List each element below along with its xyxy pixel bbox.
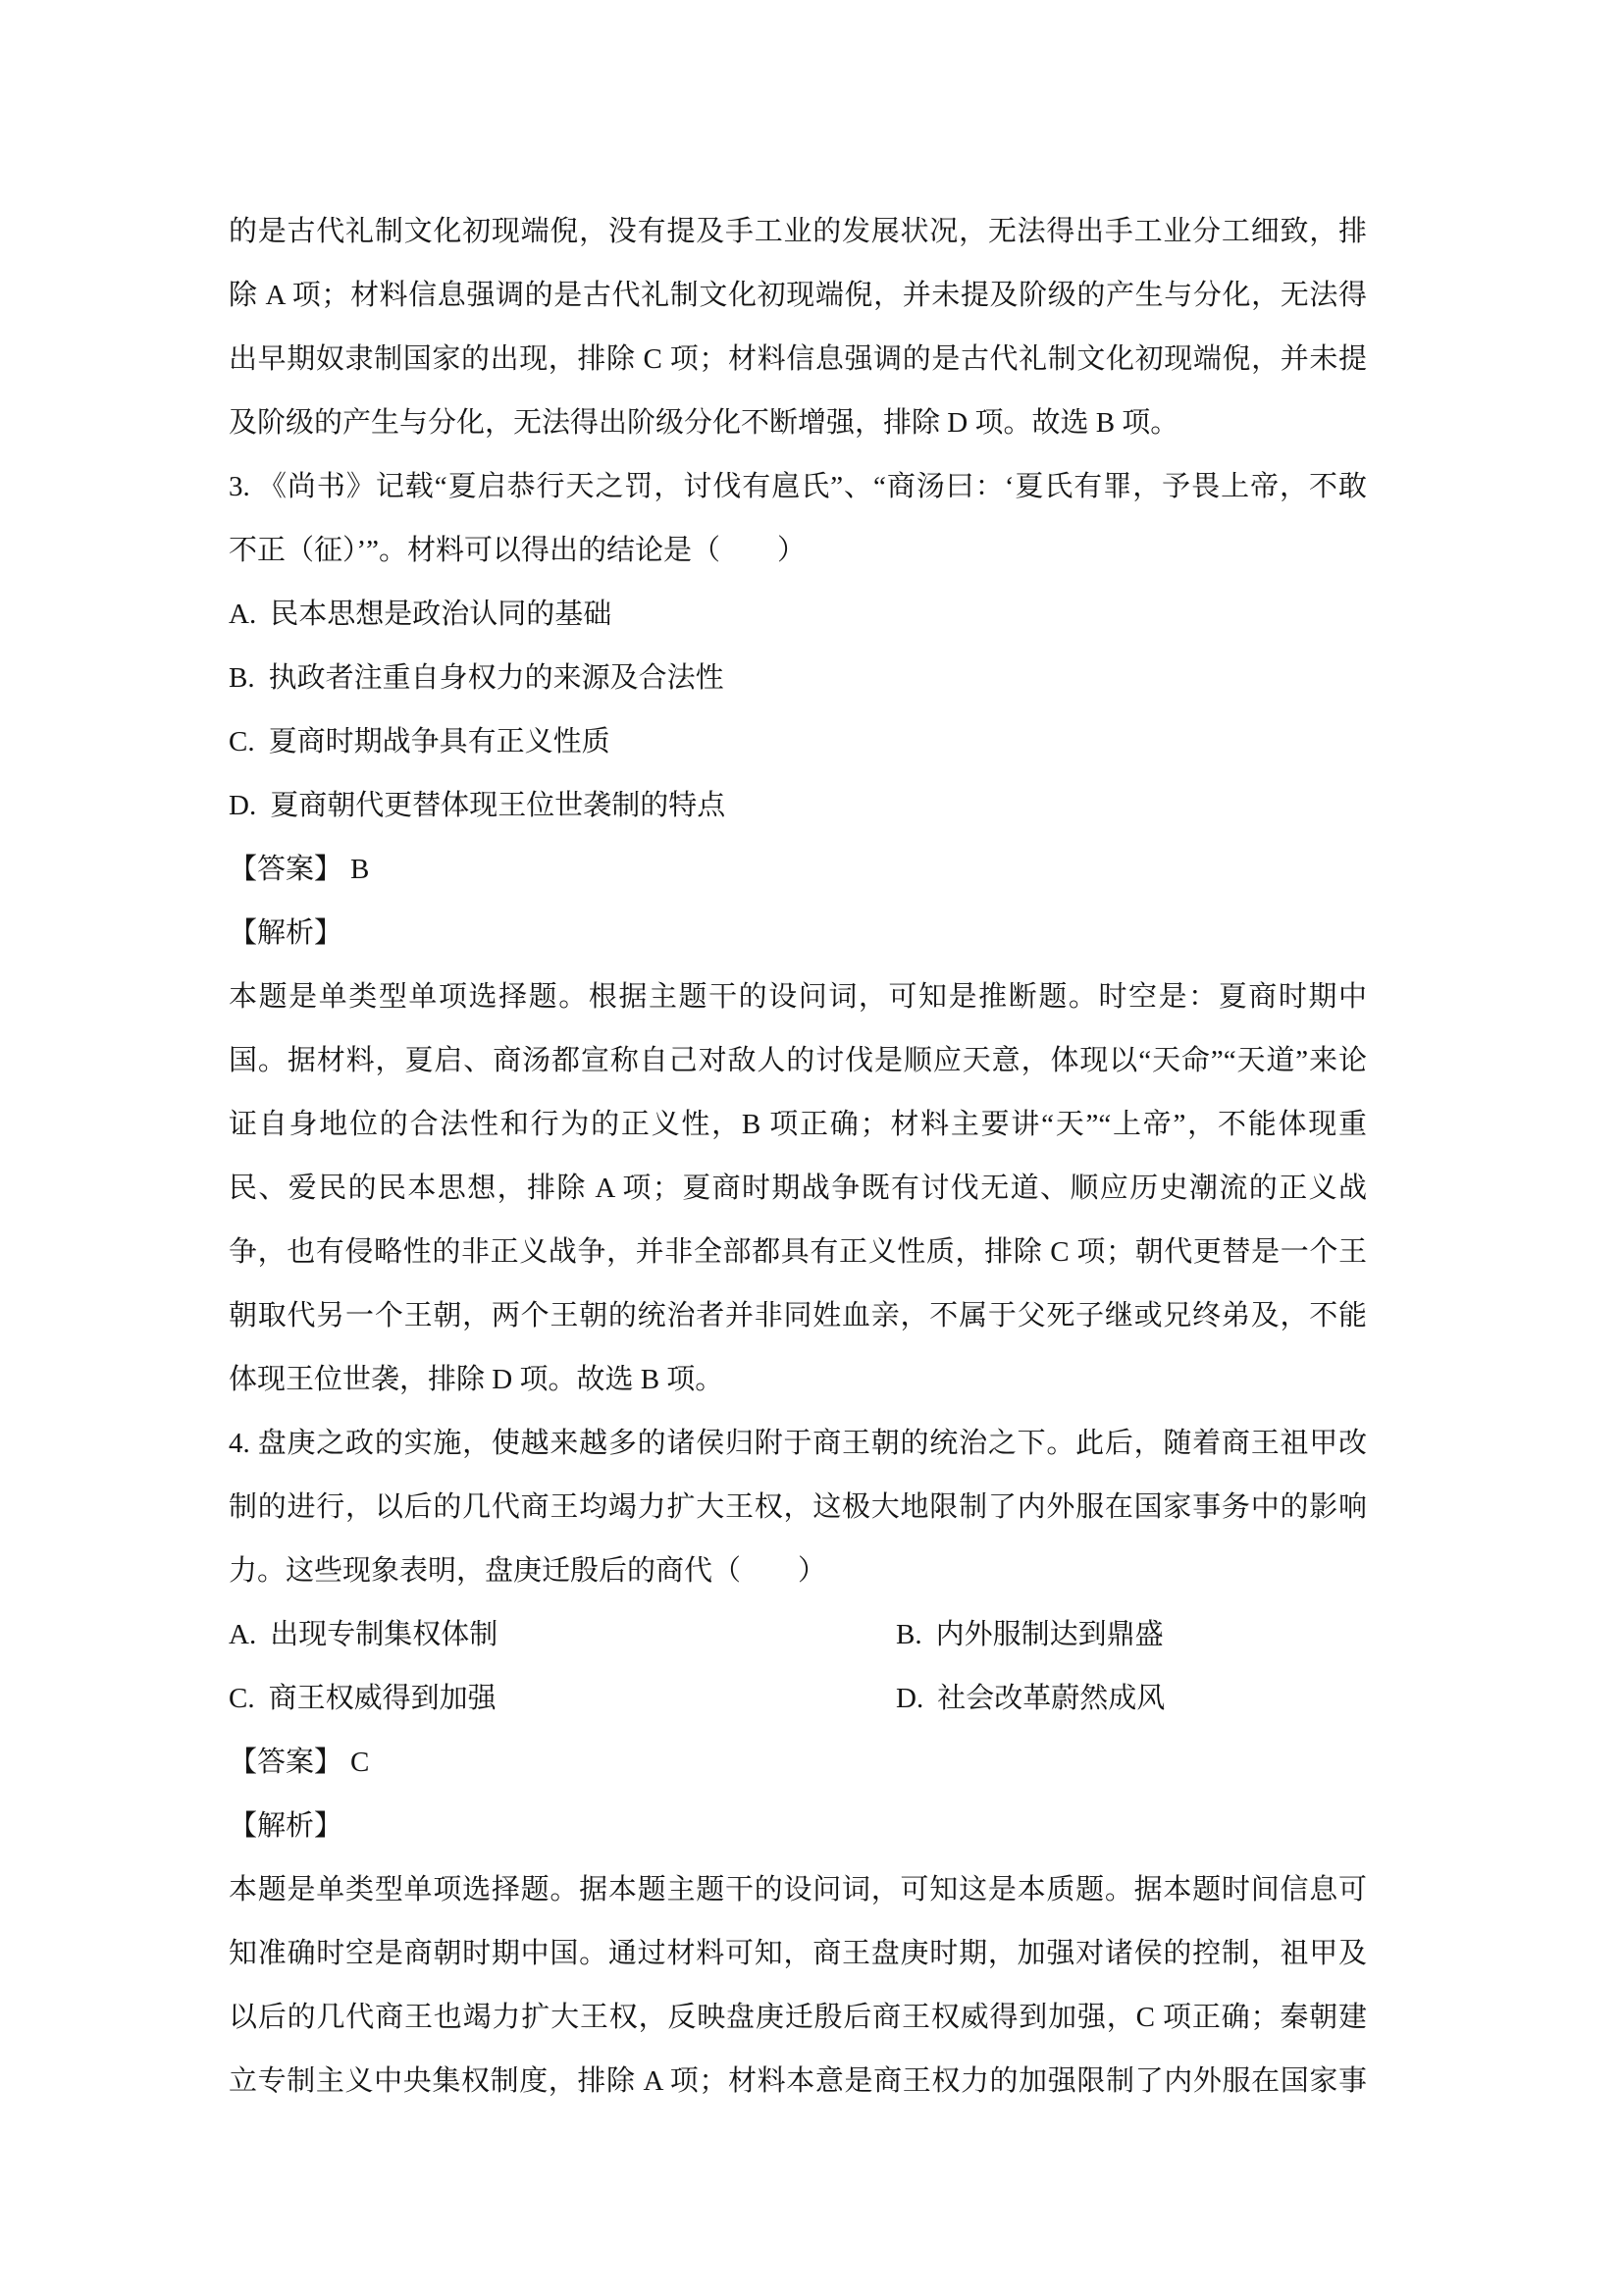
- question-4-option-b: B.内外服制达到鼎盛: [896, 1603, 1164, 1667]
- analysis-line: 民、爱民的民本思想，排除 A 项；夏商时期战争既有讨伐无道、顺应历史潮流的正义战: [229, 1157, 1367, 1221]
- analysis-line: 证自身地位的合法性和行为的正义性，B 项正确；材料主要讲“天”“上帝”，不能体现…: [229, 1093, 1367, 1157]
- question-4-option-c: C.商王权威得到加强: [229, 1667, 896, 1731]
- option-text: 商王权威得到加强: [269, 1683, 497, 1714]
- question-4-answer-row: 【答案】C: [229, 1731, 1367, 1795]
- option-text: 社会改革蔚然成风: [937, 1683, 1165, 1714]
- option-text: 出现专制集权体制: [270, 1619, 497, 1650]
- analysis-label: 【解析】: [229, 917, 342, 949]
- option-letter: C.: [229, 710, 255, 774]
- question-4-options-row-1: A.出现专制集权体制 B.内外服制达到鼎盛: [229, 1603, 1367, 1667]
- analysis-line: 立专制主义中央集权制度，排除 A 项；材料本意是商王权力的加强限制了内外服在国家…: [229, 2050, 1367, 2113]
- explanation-line: 除 A 项；材料信息强调的是古代礼制文化初现端倪，并未提及阶级的产生与分化，无法…: [229, 264, 1367, 328]
- question-4: 4. 盘庚之政的实施，使越来越多的诸侯归附于商王朝的统治之下。此后，随着商王祖甲…: [229, 1412, 1367, 2113]
- question-4-option-a: A.出现专制集权体制: [229, 1603, 896, 1667]
- analysis-line: 本题是单类型单项选择题。根据主题干的设问词，可知是推断题。时空是：夏商时期中: [229, 965, 1367, 1029]
- explanation-line: 出早期奴隶制国家的出现，排除 C 项；材料信息强调的是古代礼制文化初现端倪，并未…: [229, 328, 1367, 391]
- answer-value: C: [350, 1747, 369, 1778]
- question-3-option-a: A.民本思想是政治认同的基础: [229, 583, 1367, 647]
- analysis-line: 本题是单类型单项选择题。据本题主题干的设问词，可知这是本质题。据本题时间信息可: [229, 1858, 1367, 1922]
- analysis-line: 国。据材料，夏启、商汤都宣称自己对敌人的讨伐是顺应天意，体现以“天命”“天道”来…: [229, 1029, 1367, 1093]
- analysis-line: 争，也有侵略性的非正义战争，并非全部都具有正义性质，排除 C 项；朝代更替是一个…: [229, 1221, 1367, 1284]
- option-text: 民本思想是政治认同的基础: [270, 599, 611, 630]
- option-letter: A.: [229, 1603, 256, 1667]
- option-letter: D.: [896, 1667, 923, 1731]
- option-letter: C.: [229, 1667, 255, 1731]
- option-text: 夏商朝代更替体现王位世袭制的特点: [270, 790, 725, 821]
- question-3-option-c: C.夏商时期战争具有正义性质: [229, 710, 1367, 774]
- question-3-answer-row: 【答案】B: [229, 838, 1367, 902]
- analysis-line: 知准确时空是商朝时期中国。通过材料可知，商王盘庚时期，加强对诸侯的控制，祖甲及: [229, 1922, 1367, 1986]
- page-text-block: 的是古代礼制文化初现端倪，没有提及手工业的发展状况，无法得出手工业分工细致，排 …: [229, 200, 1367, 2113]
- explanation-line: 及阶级的产生与分化，无法得出阶级分化不断增强，排除 D 项。故选 B 项。: [229, 391, 1367, 455]
- option-letter: B.: [896, 1603, 922, 1667]
- question-4-stem-line: 制的进行，以后的几代商王均竭力扩大王权，这极大地限制了内外服在国家事务中的影响: [229, 1476, 1367, 1539]
- answer-label: 【答案】: [229, 854, 342, 885]
- question-3-analysis-label-row: 【解析】: [229, 902, 1367, 965]
- analysis-label: 【解析】: [229, 1810, 342, 1842]
- question-4-stem-line: 力。这些现象表明，盘庚迁殷后的商代（ ）: [229, 1539, 1367, 1603]
- option-text: 夏商时期战争具有正义性质: [269, 726, 610, 757]
- question-3: 3. 《尚书》记载“夏启恭行天之罚，讨伐有扈氏”、“商汤曰：‘夏氏有罪，予畏上帝…: [229, 455, 1367, 1412]
- analysis-line: 体现王位世袭，排除 D 项。故选 B 项。: [229, 1348, 1367, 1412]
- option-letter: B.: [229, 647, 255, 710]
- option-letter: A.: [229, 583, 256, 647]
- option-letter: D.: [229, 774, 256, 838]
- question-4-option-d: D.社会改革蔚然成风: [896, 1667, 1165, 1731]
- option-text: 内外服制达到鼎盛: [936, 1619, 1164, 1650]
- question-4-analysis-paragraph: 本题是单类型单项选择题。据本题主题干的设问词，可知这是本质题。据本题时间信息可 …: [229, 1858, 1367, 2113]
- explanation-line: 的是古代礼制文化初现端倪，没有提及手工业的发展状况，无法得出手工业分工细致，排: [229, 200, 1367, 264]
- answer-value: B: [350, 854, 369, 885]
- answer-label: 【答案】: [229, 1747, 342, 1778]
- question-3-stem-line: 不正（征）’”。材料可以得出的结论是（ ）: [229, 519, 1367, 583]
- question-3-analysis-paragraph: 本题是单类型单项选择题。根据主题干的设问词，可知是推断题。时空是：夏商时期中 国…: [229, 965, 1367, 1412]
- previous-explanation-paragraph: 的是古代礼制文化初现端倪，没有提及手工业的发展状况，无法得出手工业分工细致，排 …: [229, 200, 1367, 455]
- question-3-option-b: B.执政者注重自身权力的来源及合法性: [229, 647, 1367, 710]
- option-text: 执政者注重自身权力的来源及合法性: [269, 662, 724, 694]
- question-4-analysis-label-row: 【解析】: [229, 1795, 1367, 1858]
- question-4-stem-line: 4. 盘庚之政的实施，使越来越多的诸侯归附于商王朝的统治之下。此后，随着商王祖甲…: [229, 1412, 1367, 1476]
- question-3-stem-line: 3. 《尚书》记载“夏启恭行天之罚，讨伐有扈氏”、“商汤曰：‘夏氏有罪，予畏上帝…: [229, 455, 1367, 519]
- question-4-options-row-2: C.商王权威得到加强 D.社会改革蔚然成风: [229, 1667, 1367, 1731]
- analysis-line: 朝取代另一个王朝，两个王朝的统治者并非同姓血亲，不属于父死子继或兄终弟及，不能: [229, 1284, 1367, 1348]
- question-3-option-d: D.夏商朝代更替体现王位世袭制的特点: [229, 774, 1367, 838]
- analysis-line: 以后的几代商王也竭力扩大王权，反映盘庚迁殷后商王权威得到加强，C 项正确；秦朝建: [229, 1986, 1367, 2050]
- scanned-exam-page: 的是古代礼制文化初现端倪，没有提及手工业的发展状况，无法得出手工业分工细致，排 …: [0, 0, 1623, 2296]
